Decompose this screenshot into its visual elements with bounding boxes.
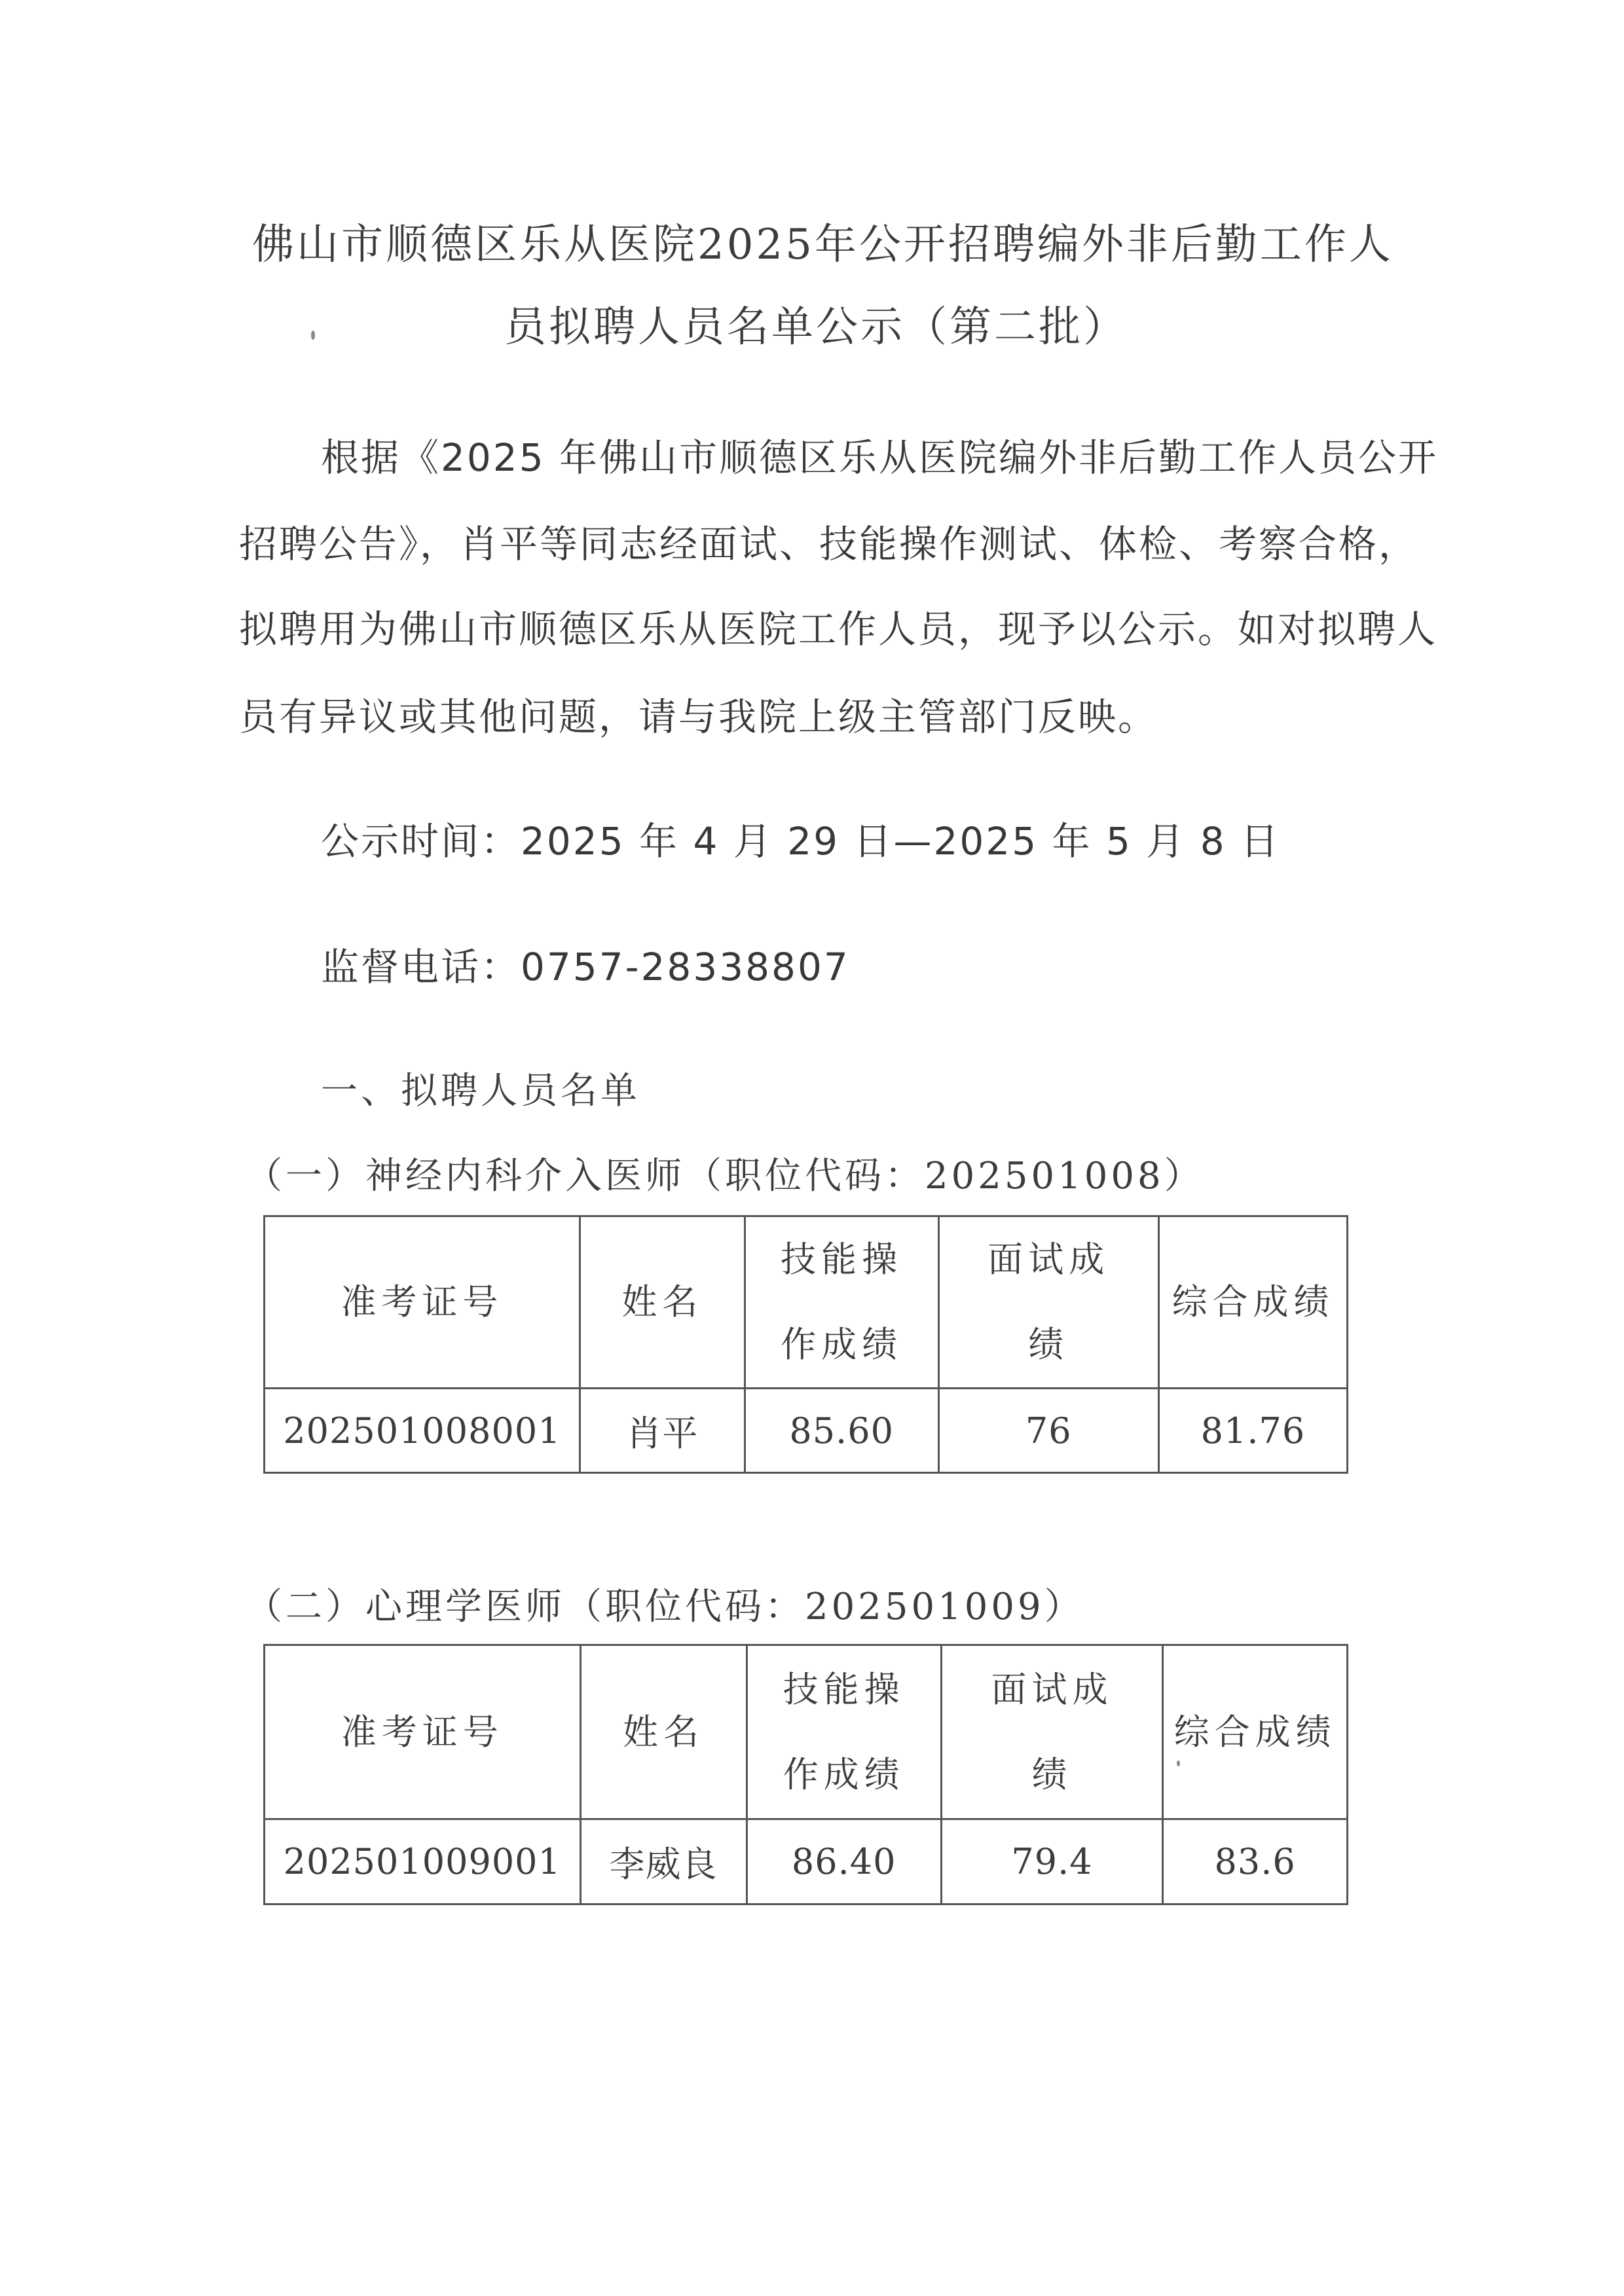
position-heading: （一）神经内科介入医师（职位代码：202501008） <box>246 1147 1204 1199</box>
paragraph-line: 员有异议或其他问题，请与我院上级主管部门反映。 <box>239 686 1158 741</box>
position-heading: （二）心理学医师（职位代码：202501009） <box>246 1578 1084 1630</box>
column-header-total-score: 综合成绩 <box>1158 1216 1347 1389</box>
paragraph-line: 根据《2025 年佛山市顺德区乐从医院编外非后勤工作人员公开 <box>321 427 1438 482</box>
exam-id-cell: 202501009001 <box>265 1819 581 1904</box>
document-title-line-2: 员拟聘人员名单公示（第二批） <box>504 293 1128 354</box>
section-heading: 一、拟聘人员名单 <box>321 1062 640 1114</box>
paragraph-line: 招聘公告》，肖平等同志经面试、技能操作测试、体检、考察合格， <box>239 513 1418 568</box>
column-header-total-score: 综合成绩 <box>1163 1645 1348 1819</box>
interview-score-cell: 76 <box>938 1389 1158 1473</box>
candidate-table: 准考证号 姓名 技能操作成绩 面试成绩 综合成绩 202501008001 肖平… <box>263 1215 1348 1474</box>
publicity-period: 公示时间：2025 年 4 月 29 日—2025 年 5 月 8 日 <box>321 811 1280 866</box>
name-cell: 李威良 <box>580 1819 747 1904</box>
column-header-skill-score: 技能操作成绩 <box>747 1645 941 1819</box>
column-header-skill-score: 技能操作成绩 <box>745 1216 938 1389</box>
total-score-cell: 81.76 <box>1158 1389 1347 1473</box>
column-header-exam-id: 准考证号 <box>265 1645 581 1819</box>
candidate-table: 准考证号 姓名 技能操作成绩 面试成绩 综合成绩 202501009001 李威… <box>263 1644 1348 1905</box>
scan-speck <box>311 331 315 340</box>
exam-id-cell: 202501008001 <box>265 1389 580 1473</box>
skill-score-cell: 86.40 <box>747 1819 941 1904</box>
skill-score-cell: 85.60 <box>745 1389 938 1473</box>
supervision-phone: 监督电话：0757-28338807 <box>321 936 850 991</box>
column-header-interview-score: 面试成绩 <box>938 1216 1158 1389</box>
document-title-line-1: 佛山市顺德区乐从医院2025年公开招聘编外非后勤工作人 <box>252 211 1393 271</box>
table-row: 202501008001 肖平 85.60 76 81.76 <box>265 1389 1348 1473</box>
scan-speck <box>1177 1760 1180 1766</box>
column-header-name: 姓名 <box>580 1216 745 1389</box>
name-cell: 肖平 <box>580 1389 745 1473</box>
interview-score-cell: 79.4 <box>941 1819 1162 1904</box>
column-header-exam-id: 准考证号 <box>265 1216 580 1389</box>
column-header-interview-score: 面试成绩 <box>941 1645 1162 1819</box>
total-score-cell: 83.6 <box>1163 1819 1348 1904</box>
column-header-name: 姓名 <box>580 1645 747 1819</box>
table-row: 202501009001 李威良 86.40 79.4 83.6 <box>265 1819 1348 1904</box>
paragraph-line: 拟聘用为佛山市顺德区乐从医院工作人员，现予以公示。如对拟聘人 <box>239 598 1437 653</box>
